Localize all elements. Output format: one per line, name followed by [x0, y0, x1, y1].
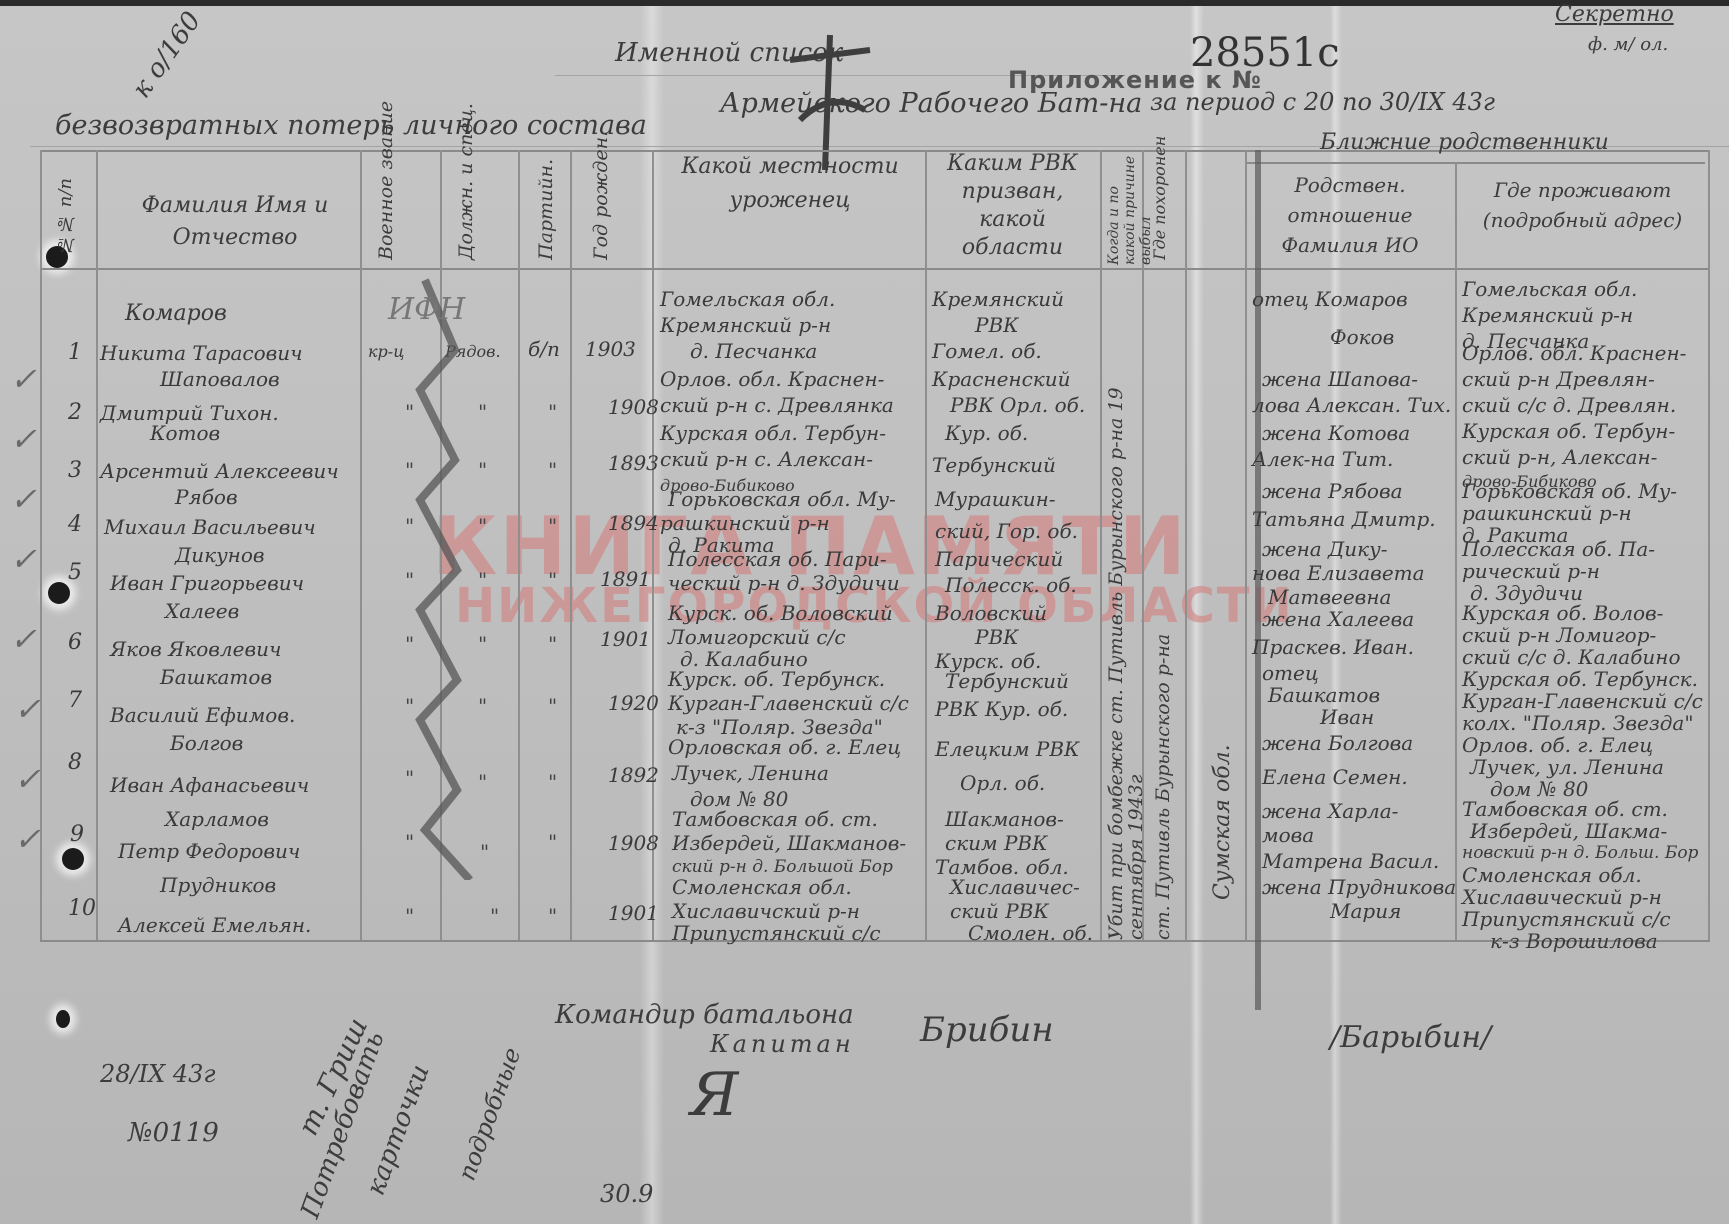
row-number: 10	[68, 896, 96, 921]
row-address-line: Орлов. обл. Краснен-	[1462, 340, 1686, 367]
row-relation-line: Татьяна Дмитр.	[1252, 506, 1436, 533]
header-rvk: Каким РВК призван, какой области	[930, 150, 1095, 262]
header-rank: Военное звание	[375, 160, 397, 260]
row-rvk-line: РВК	[975, 624, 1019, 651]
row-party: "	[548, 632, 557, 656]
row-year: 1903	[585, 336, 636, 363]
row-surname: Котов	[150, 420, 220, 447]
row-rvk-line: РВК Орл. об.	[950, 392, 1085, 419]
row-rvk-line: Кремянский	[932, 286, 1064, 313]
row-number: 2	[68, 400, 82, 425]
check-mark-icon: ✓	[14, 820, 41, 858]
scan-edge	[0, 0, 1729, 6]
row-relation-line: жена Халеева	[1262, 606, 1414, 633]
row-party: "	[548, 458, 557, 482]
row-relation-line: нова Елизавета	[1252, 560, 1425, 587]
row-rvk-line: Парический	[935, 546, 1063, 573]
row-birthplace-line: д. Песчанка	[690, 338, 817, 365]
row-birthplace-line: Курск. об. Воловский	[668, 600, 893, 627]
row-number: 9	[70, 822, 84, 847]
row-relation-line: отец Комаров	[1252, 286, 1408, 313]
relatives-subheader-border	[1245, 162, 1705, 164]
row-rvk-line: Елецким РВК	[935, 736, 1080, 763]
row-party: "	[548, 514, 557, 538]
row-birthplace-line: Избердей, Шакманов-	[672, 830, 906, 857]
row-number: 8	[68, 750, 82, 775]
row-rvk-line: ский, Гор. об.	[935, 518, 1078, 545]
row-year: 1901	[600, 626, 651, 653]
row-year: 1894	[608, 510, 659, 537]
row-surname: Харламов	[165, 806, 269, 833]
row-address-line: Гомельская обл.	[1462, 276, 1637, 303]
row-birthplace-line: Горьковская обл. Му-	[668, 486, 896, 513]
col-divider	[1100, 150, 1102, 940]
row-given-name: Иван Афанасьевич	[110, 772, 309, 799]
header-name: Фамилия Имя и Отчество	[120, 190, 350, 254]
col-divider	[40, 150, 42, 940]
row-1-surname: Комаров	[125, 300, 227, 327]
row-party: "	[548, 770, 557, 794]
row-birthplace-line: Орловская об. г. Елец	[668, 734, 901, 761]
footer-date: 28/IX 43г	[100, 1060, 216, 1088]
row-address-line: ский р-н, Алексан-	[1462, 444, 1657, 471]
row-rvk-line: РВК	[975, 312, 1019, 339]
row-surname: Башкатов	[160, 664, 272, 691]
outgoing-number: №0119	[128, 1118, 219, 1148]
header-party: Партийн.	[535, 160, 557, 260]
col-divider	[96, 150, 98, 940]
row-relation-line: лова Алексан. Тих.	[1252, 392, 1451, 419]
row-year: 1908	[608, 830, 659, 857]
check-mark-icon: ✓	[10, 540, 37, 578]
row-birthplace-line: Курган-Главенский с/с	[668, 690, 909, 717]
header-position: Должн. и спец.	[455, 160, 477, 260]
row-number: 4	[68, 512, 82, 537]
burial-place: ст. Путивль Бурынского р-на	[1152, 300, 1174, 940]
row-rvk-line: Полесск. об.	[945, 572, 1077, 599]
header-birth-year: Год рожден.	[590, 160, 612, 260]
row-relation-line: Мария	[1330, 898, 1401, 925]
row-relation-line: жена Харла-	[1262, 798, 1398, 825]
row-number: 1	[68, 340, 82, 365]
row-address-line: Кремянский р-н	[1462, 302, 1633, 329]
row-relation-line: Иван	[1320, 704, 1374, 731]
scribble-strike-marks	[395, 270, 485, 880]
commander-signature: Брибин	[920, 1010, 1054, 1050]
punch-hole	[48, 582, 70, 604]
col-divider	[518, 150, 520, 940]
row-given-name: Яков Яковлевич	[110, 636, 281, 663]
row-rvk-line: Орл. об.	[960, 770, 1045, 797]
row-birthplace-line: Тамбовская об. ст.	[672, 806, 878, 833]
margin-date: 30.9	[600, 1180, 653, 1208]
row-year: 1920	[608, 690, 659, 717]
document-page: ✓ ✓ ✓ ✓ ✓ ✓ ✓ ✓ к о/160 Секретно ф. м/ о…	[0, 0, 1729, 1224]
row-birthplace-line: Припустянский с/с	[672, 920, 881, 947]
row-given-name: Никита Тарасович	[100, 340, 303, 367]
row-given-name: Иван Григорьевич	[110, 570, 304, 597]
commander-label: Командир батальона	[555, 1000, 854, 1030]
header-address: Где проживают (подробный адрес)	[1460, 175, 1705, 235]
row-relation-line: мова	[1262, 822, 1314, 849]
header-relatives-group: Ближние родственники	[1320, 130, 1609, 155]
col-divider	[360, 150, 362, 940]
chief-signature: /Барыбин/	[1330, 1020, 1491, 1055]
check-mark-icon: ✓	[10, 620, 37, 658]
row-rvk-line: РВК Кур. об.	[935, 696, 1068, 723]
row-rvk-line: Мурашкин-	[935, 486, 1056, 513]
header-birthplace: Какой местности уроженец	[660, 150, 920, 218]
row-year: 1893	[608, 450, 659, 477]
row-birthplace-line: Смоленская обл.	[672, 874, 852, 901]
row-surname: Прудников	[160, 872, 276, 899]
row-number: 3	[68, 458, 82, 483]
row-number: 7	[68, 688, 82, 713]
row-given-name: Алексей Емельян.	[118, 912, 311, 939]
header-buried: Где похоронен	[1150, 160, 1169, 260]
row-relation-line: Фоков	[1330, 324, 1394, 351]
row-relation-line: Алек-на Тит.	[1252, 446, 1393, 473]
table-header-border	[40, 268, 1710, 270]
row-birthplace-line: ческий р-н д. Здудичи	[668, 570, 900, 597]
row-birthplace-line: Полесская об. Пари-	[668, 546, 887, 573]
row-birthplace-line: Лучек, Ленина	[672, 760, 829, 787]
col-divider	[1708, 150, 1710, 940]
row-birthplace-line: Орлов. обл. Краснен-	[660, 366, 884, 393]
cause-of-loss: Убит при бомбежке ст. Путивль Бурынского…	[1106, 300, 1146, 940]
row-number: 6	[68, 630, 82, 655]
row-rvk-line: Смолен. об.	[968, 920, 1093, 947]
row-year: 1908	[608, 394, 659, 421]
row-address-line: Курская об. Тербун-	[1462, 418, 1675, 445]
resolution-note-4: подробные	[453, 1044, 527, 1184]
subtitle-left: безвозвратных потерь личного состава	[55, 110, 647, 141]
row-rvk-line: Шакманов-	[945, 806, 1064, 833]
row-party: "	[548, 568, 557, 592]
col-divider	[570, 150, 572, 940]
row-given-name: Михаил Васильевич	[104, 514, 316, 541]
row-rvk-line: Гомел. об.	[932, 338, 1042, 365]
row-relation-line: жена Котова	[1262, 420, 1410, 447]
check-mark-icon: ✓	[14, 690, 41, 728]
row-position: "	[490, 904, 499, 928]
burial-region: Сумская обл.	[1210, 700, 1235, 900]
col-divider	[1245, 150, 1247, 940]
row-address-line: ский с/с д. Древлян.	[1462, 392, 1676, 419]
margin-initial: Я	[690, 1060, 738, 1130]
row-relation-line: жена Прудникова	[1262, 874, 1456, 901]
row-birthplace: Гомельская обл.	[660, 286, 835, 313]
row-surname: Рябов	[175, 484, 238, 511]
row-relation-line: жена Рябова	[1262, 478, 1403, 505]
col-divider	[652, 150, 654, 940]
row-relation-line: жена Дику-	[1262, 536, 1387, 563]
punch-hole	[56, 1010, 70, 1028]
row-rvk-line: Тербунский	[945, 668, 1069, 695]
header-when-why: Когда и по какой причине выбыл	[1106, 155, 1140, 265]
check-mark-icon: ✓	[10, 420, 37, 458]
row-rvk-line: Тербунский	[932, 452, 1056, 479]
row-surname: Болгов	[170, 730, 243, 757]
row-party: "	[548, 694, 557, 718]
row-relation-line: Праскев. Иван.	[1252, 634, 1414, 661]
row-birthplace-line: Курск. об. Тербунск.	[668, 666, 885, 693]
row-relation-line: Елена Семен.	[1262, 764, 1408, 791]
header-relation: Родствен. отношение Фамилия ИО	[1250, 170, 1450, 260]
row-rvk-line: Кур. об.	[945, 420, 1028, 447]
row-surname: Дикунов	[175, 542, 265, 569]
row-rank: "	[405, 904, 414, 928]
row-party: "	[548, 830, 557, 854]
row-party: б/п	[528, 336, 560, 363]
row-relation-line: Матрена Васил.	[1262, 848, 1439, 875]
strike-initials: ИФН	[388, 292, 465, 327]
row-number: 5	[68, 560, 82, 585]
row-year: 1891	[600, 566, 651, 593]
row-rvk-line: Красненский	[932, 366, 1071, 393]
row-relation-line: жена Шапова-	[1262, 366, 1418, 393]
check-mark-icon: ✓	[10, 480, 37, 518]
row-birthplace-line: ский р-н с. Древлянка	[660, 392, 894, 419]
col-divider	[1185, 150, 1187, 940]
secret-mark: Секретно	[1555, 2, 1674, 27]
header-num: №№ п/п	[55, 175, 76, 255]
row-given-name: Арсентий Алексеевич	[100, 458, 339, 485]
row-given-name: Петр Федорович	[118, 838, 300, 865]
row-party: "	[548, 400, 557, 424]
row-surname: Шаповалов	[160, 366, 280, 393]
row-rvk-line: Воловский	[935, 600, 1047, 627]
commander-rank: Капитан	[710, 1030, 855, 1058]
row-birthplace-line: Кремянский р-н	[660, 312, 831, 339]
row-party: "	[548, 904, 557, 928]
row-rvk-line: ским РВК	[945, 830, 1048, 857]
punch-hole	[62, 848, 84, 870]
row-birthplace-line: Курская обл. Тербун-	[660, 420, 886, 447]
check-mark-icon: ✓	[10, 360, 37, 398]
row-relation-line: жена Болгова	[1262, 730, 1413, 757]
row-address-line: к-з Ворошилова	[1490, 928, 1658, 955]
col-divider	[1455, 162, 1457, 940]
row-rvk-line: Хиславичес-	[950, 874, 1080, 901]
secret-mark-sub: ф. м/ ол.	[1588, 34, 1668, 55]
row-address-line: ский р-н Древлян-	[1462, 366, 1655, 393]
stamp-number: 28551с	[1190, 30, 1340, 76]
col-divider	[925, 150, 927, 940]
row-birthplace-line: ский р-н с. Алексан-	[660, 446, 873, 473]
row-surname: Халеев	[165, 598, 239, 625]
row-given-name: Василий Ефимов.	[110, 702, 295, 729]
archive-mark: к о/160	[127, 6, 208, 103]
check-mark-icon: ✓	[14, 760, 41, 798]
row-year: 1892	[608, 762, 659, 789]
row-year: 1901	[608, 900, 659, 927]
